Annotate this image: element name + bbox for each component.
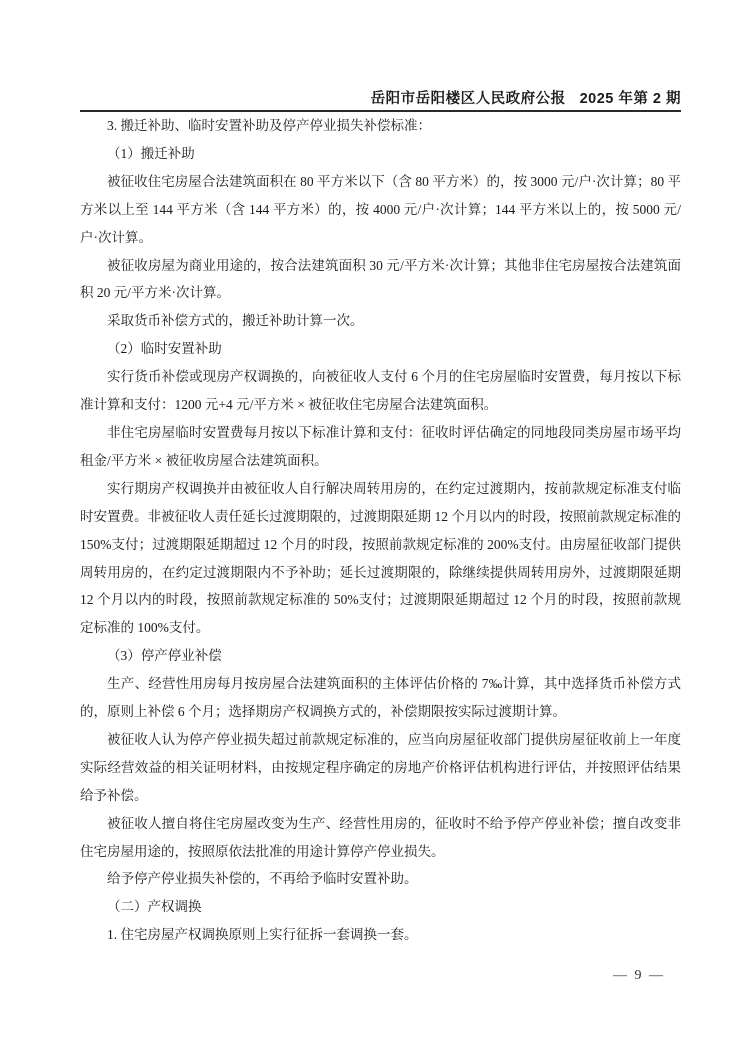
paragraph: （1）搬迁补助 xyxy=(80,140,681,168)
paragraph: 生产、经营性用房每月按房屋合法建筑面积的主体评估价格的 7‰计算，其中选择货币补… xyxy=(80,670,681,726)
paragraph: 被征收住宅房屋合法建筑面积在 80 平方米以下（含 80 平方米）的，按 300… xyxy=(80,168,681,252)
paragraph: （2）临时安置补助 xyxy=(80,335,681,363)
gazette-page: 岳阳市岳阳楼区人民政府公报2025 年第 2 期 3. 搬迁补助、临时安置补助及… xyxy=(0,0,750,1061)
paragraph: （3）停产停业补偿 xyxy=(80,642,681,670)
paragraph: 被征收人认为停产停业损失超过前款规定标准的，应当向房屋征收部门提供房屋征收前上一… xyxy=(80,726,681,810)
paragraph: 实行期房产权调换并由被征收人自行解决周转用房的，在约定过渡期内，按前款规定标准支… xyxy=(80,475,681,642)
gazette-issue: 2025 年第 2 期 xyxy=(580,91,681,107)
page-footer: — 9 — xyxy=(80,968,681,984)
paragraph: 1. 住宅房屋产权调换原则上实行征拆一套调换一套。 xyxy=(80,921,681,949)
paragraph: 给予停产停业损失补偿的，不再给予临时安置补助。 xyxy=(80,865,681,893)
paragraph: 采取货币补偿方式的，搬迁补助计算一次。 xyxy=(80,307,681,335)
paragraph: 被征收房屋为商业用途的，按合法建筑面积 30 元/平方米·次计算；其他非住宅房屋… xyxy=(80,252,681,308)
document-body: 3. 搬迁补助、临时安置补助及停产停业损失补偿标准： （1）搬迁补助 被征收住宅… xyxy=(80,112,681,949)
paragraph: 实行货币补偿或现房产权调换的，向被征收人支付 6 个月的住宅房屋临时安置费，每月… xyxy=(80,363,681,419)
paragraph: 3. 搬迁补助、临时安置补助及停产停业损失补偿标准： xyxy=(80,112,681,140)
paragraph: 被征收人擅自将住宅房屋改变为生产、经营性用房的，征收时不给予停产停业补偿；擅自改… xyxy=(80,810,681,866)
page-number: — 9 — xyxy=(613,968,665,983)
paragraph: 非住宅房屋临时安置费每月按以下标准计算和支付：征收时评估确定的同地段同类房屋市场… xyxy=(80,419,681,475)
gazette-title: 岳阳市岳阳楼区人民政府公报 xyxy=(371,91,566,107)
paragraph: （二）产权调换 xyxy=(80,893,681,921)
page-header: 岳阳市岳阳楼区人民政府公报2025 年第 2 期 xyxy=(80,87,681,108)
